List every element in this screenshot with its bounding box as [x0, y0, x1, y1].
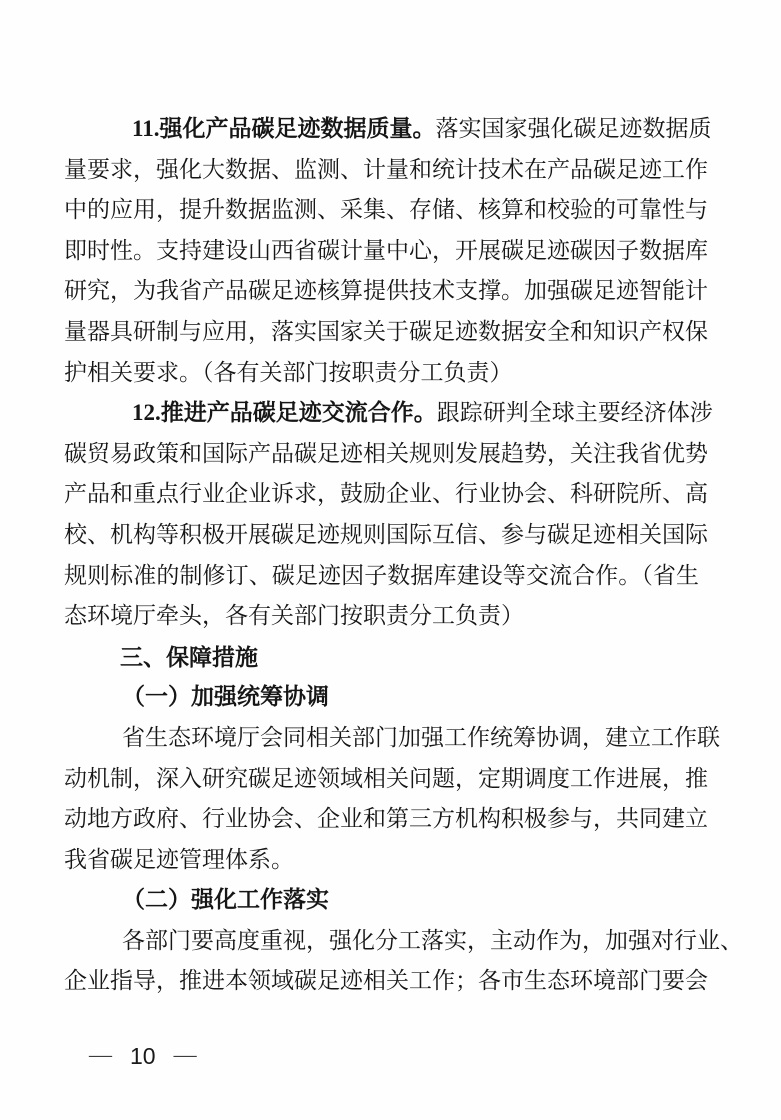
footer-dash-left: —: [89, 1042, 112, 1068]
section-heading-3: 三、保障措施: [64, 637, 699, 678]
paragraph-11: 11.强化产品碳足迹数据质量。落实国家强化碳足迹数据质 量要求，强化大数据、监测…: [64, 109, 699, 393]
paragraph-12-bold-lead: 12.推进产品碳足迹交流合作。: [132, 400, 437, 425]
paragraph-11-line-2: 量要求，强化大数据、监测、计量和统计技术在产品碳足迹工作: [64, 150, 699, 191]
paragraph-12-line-3: 产品和重点行业企业诉求，鼓励企业、行业协会、科研院所、高: [64, 474, 699, 515]
paragraph-12-line-5: 规则标准的制修订、碳足迹因子数据库建设等交流合作。（省生: [64, 556, 699, 597]
paragraph-coordination-line-1: 省生态环境厅会同相关部门加强工作统筹协调，建立工作联: [64, 718, 699, 759]
footer-dash-right: —: [174, 1042, 197, 1068]
page-number: 10: [130, 1043, 156, 1070]
paragraph-implementation: 各部门要高度重视，强化分工落实，主动作为，加强对行业、 企业指导，推进本领域碳足…: [64, 921, 699, 1002]
paragraph-implementation-line-2: 企业指导，推进本领域碳足迹相关工作；各市生态环境部门要会: [64, 961, 699, 1002]
paragraph-11-line-4: 即时性。支持建设山西省碳计量中心，开展碳足迹碳因子数据库: [64, 231, 699, 272]
paragraph-11-line-3: 中的应用，提升数据监测、采集、存储、核算和校验的可靠性与: [64, 190, 699, 231]
document-body: 11.强化产品碳足迹数据质量。落实国家强化碳足迹数据质 量要求，强化大数据、监测…: [64, 0, 699, 1002]
paragraph-12-line-2: 碳贸易政策和国际产品碳足迹相关规则发展趋势，关注我省优势: [64, 434, 699, 475]
paragraph-12-line-1-text: 跟踪研判全球主要经济体涉: [437, 400, 713, 425]
paragraph-11-bold-lead: 11.强化产品碳足迹数据质量。: [132, 116, 435, 141]
paragraph-12-line-1: 12.推进产品碳足迹交流合作。跟踪研判全球主要经济体涉: [64, 393, 699, 434]
paragraph-11-line-5: 研究，为我省产品碳足迹核算提供技术支撑。加强碳足迹智能计: [64, 271, 699, 312]
paragraph-coordination-line-2: 动机制，深入研究碳足迹领域相关问题，定期调度工作进展，推: [64, 759, 699, 800]
paragraph-12-line-4: 校、机构等积极开展碳足迹规则国际互信、参与碳足迹相关国际: [64, 515, 699, 556]
paragraph-11-line-1-text: 落实国家强化碳足迹数据质: [435, 116, 711, 141]
paragraph-11-line-1: 11.强化产品碳足迹数据质量。落实国家强化碳足迹数据质: [64, 109, 699, 150]
paragraph-11-line-6: 量器具研制与应用，落实国家关于碳足迹数据安全和知识产权保: [64, 312, 699, 353]
paragraph-12-line-6: 态环境厅牵头，各有关部门按职责分工负责）: [64, 596, 699, 637]
paragraph-12: 12.推进产品碳足迹交流合作。跟踪研判全球主要经济体涉 碳贸易政策和国际产品碳足…: [64, 393, 699, 637]
paragraph-11-line-7: 护相关要求。（各有关部门按职责分工负责）: [64, 353, 699, 394]
document-page: 11.强化产品碳足迹数据质量。落实国家强化碳足迹数据质 量要求，强化大数据、监测…: [0, 0, 781, 1120]
paragraph-coordination: 省生态环境厅会同相关部门加强工作统筹协调，建立工作联 动机制，深入研究碳足迹领域…: [64, 718, 699, 880]
sub-heading-2: （二）强化工作落实: [64, 880, 699, 921]
paragraph-implementation-line-1: 各部门要高度重视，强化分工落实，主动作为，加强对行业、: [64, 921, 699, 962]
paragraph-coordination-line-3: 动地方政府、行业协会、企业和第三方机构积极参与，共同建立: [64, 799, 699, 840]
page-footer: — 10 —: [89, 1043, 197, 1070]
sub-heading-1: （一）加强统筹协调: [64, 677, 699, 718]
paragraph-coordination-line-4: 我省碳足迹管理体系。: [64, 840, 699, 881]
